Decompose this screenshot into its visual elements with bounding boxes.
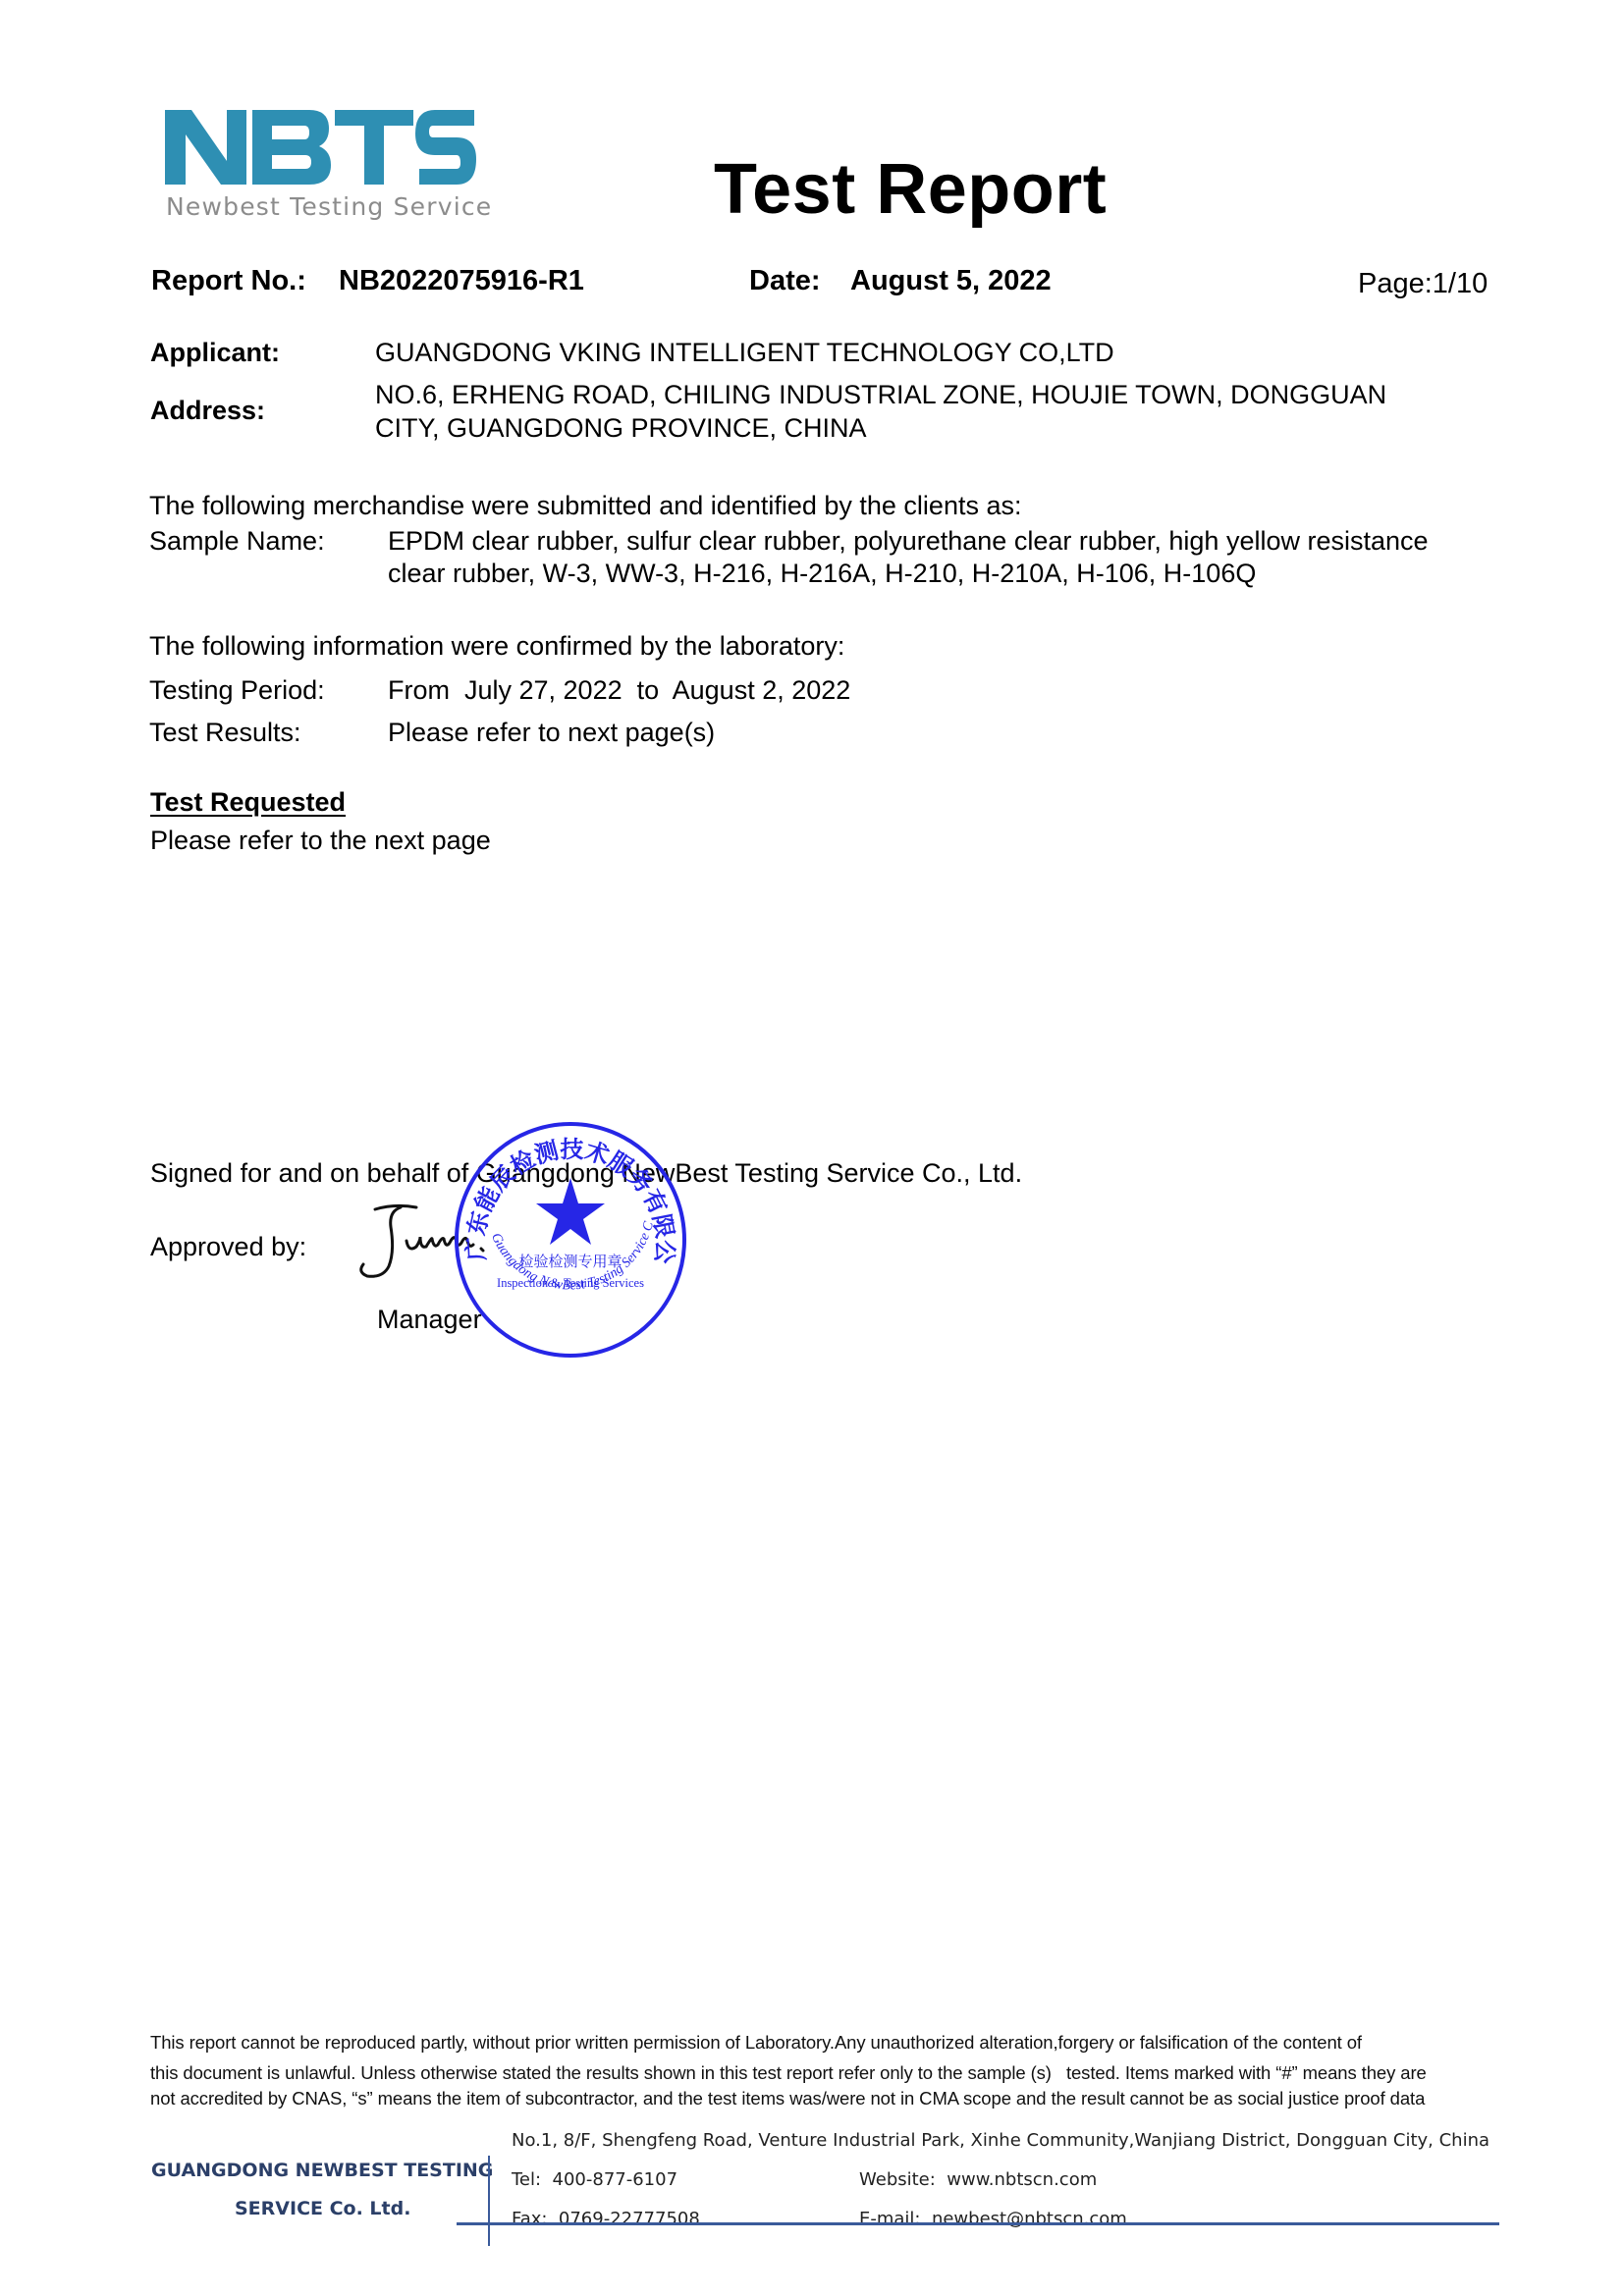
lab-intro: The following information were confirmed…	[149, 631, 844, 662]
test-requested-text: Please refer to the next page	[150, 826, 491, 856]
disclaimer-line-3: not accredited by CNAS, “s” means the it…	[150, 2088, 1425, 2109]
footer-website[interactable]: Website: www.nbtscn.com	[859, 2169, 1097, 2190]
address-line-2: CITY, GUANGDONG PROVINCE, CHINA	[375, 413, 867, 444]
applicant-label: Applicant:	[150, 338, 280, 368]
testing-period-value: From July 27, 2022 to August 2, 2022	[388, 675, 850, 706]
footer-vertical-divider	[488, 2156, 490, 2246]
sample-name-label: Sample Name:	[149, 526, 325, 557]
footer-fax: Fax: 0769-22777508	[512, 2209, 700, 2229]
company-logo: Newbest Testing Service	[162, 102, 476, 228]
stamp-center-cn: 检验检测专用章	[518, 1253, 622, 1270]
approved-by-label: Approved by:	[150, 1232, 306, 1262]
report-no-label: Report No.:	[151, 265, 306, 297]
applicant-value: GUANGDONG VKING INTELLIGENT TECHNOLOGY C…	[375, 338, 1114, 368]
test-requested-heading: Test Requested	[150, 787, 346, 818]
company-stamp-icon: 广东能辰检测技术服务有限公司 检验检测专用章 Inspection & Test…	[450, 1119, 691, 1361]
date-label: Date:	[749, 265, 821, 297]
address-line-1: NO.6, ERHENG ROAD, CHILING INDUSTRIAL ZO…	[375, 380, 1386, 410]
logo-tagline: Newbest Testing Service	[166, 192, 492, 221]
footer-company-line-1: GUANGDONG NEWBEST TESTING	[151, 2160, 493, 2181]
sample-name-line-1: EPDM clear rubber, sulfur clear rubber, …	[388, 526, 1429, 557]
nbts-logo-icon	[162, 102, 476, 190]
sample-intro: The following merchandise were submitted…	[149, 491, 1021, 521]
footer-horizontal-divider	[457, 2222, 1499, 2225]
footer-email[interactable]: E-mail: newbest@nbtscn.com	[859, 2209, 1127, 2229]
testing-period-label: Testing Period:	[149, 675, 325, 706]
test-results-label: Test Results:	[149, 718, 301, 748]
date-value: August 5, 2022	[850, 265, 1052, 297]
footer-tel: Tel: 400-877-6107	[512, 2169, 677, 2190]
page-number: Page:1/10	[1358, 268, 1488, 300]
footer-company-line-2: SERVICE Co. Ltd.	[235, 2198, 410, 2219]
disclaimer-line-1: This report cannot be reproduced partly,…	[150, 2032, 1362, 2054]
sample-name-line-2: clear rubber, W-3, WW-3, H-216, H-216A, …	[388, 559, 1256, 589]
disclaimer-line-2: this document is unlawful. Unless otherw…	[150, 2062, 1427, 2084]
address-label: Address:	[150, 396, 265, 426]
report-no-value: NB2022075916-R1	[339, 265, 584, 297]
footer-address: No.1, 8/F, Shengfeng Road, Venture Indus…	[512, 2130, 1489, 2151]
page-title: Test Report	[714, 149, 1107, 230]
test-results-value: Please refer to next page(s)	[388, 718, 715, 748]
